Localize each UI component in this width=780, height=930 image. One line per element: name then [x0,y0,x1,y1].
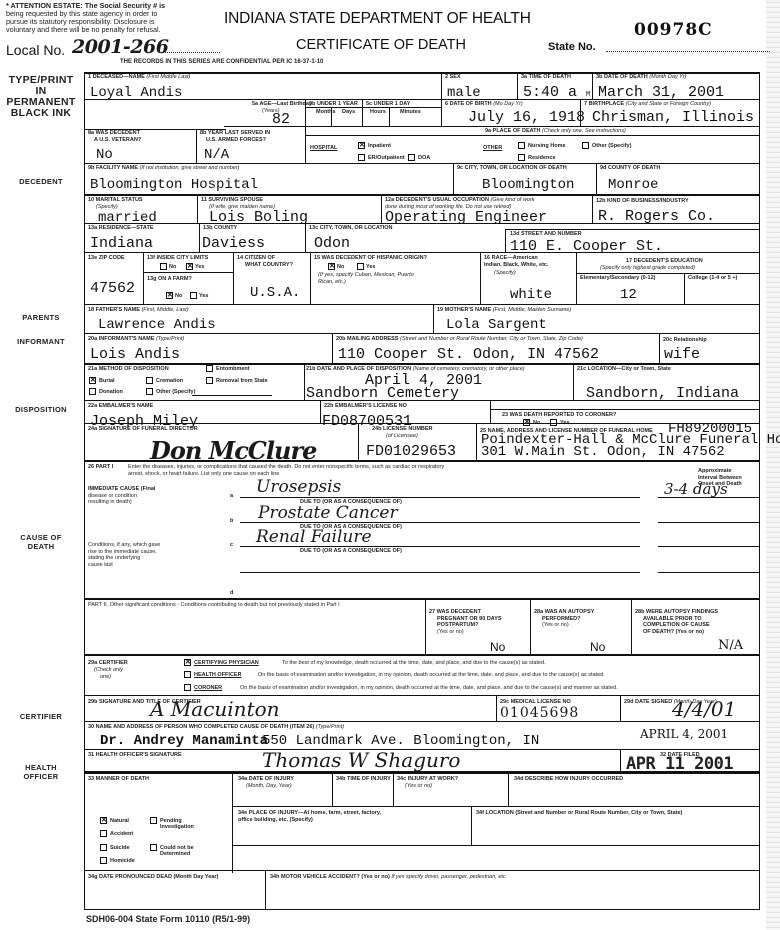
row-line [143,272,233,273]
field-21a-label: 21a METHOD OF DISPOSITION [88,366,169,373]
label-hint: (First, Middle, Maiden Surname) [493,307,572,313]
health-officer-signature: Thomas W Shaguro [262,748,460,772]
divider [389,107,390,126]
city-limits-no-label: No [169,264,176,270]
divider [332,773,333,806]
checkbox-coroner[interactable] [184,684,191,691]
section-decedent: DECEDENT [0,177,82,186]
doa-label: DOA [418,155,430,161]
form-number: SDH06-004 State Form 10110 (R5/1-99) [86,914,250,924]
divider [425,598,426,654]
divider [310,252,311,304]
conditions-label: Conditions, if any, which gave rise to t… [88,542,160,568]
interval-line-c [658,546,760,547]
label-line: WHAT COUNTRY? [237,262,293,269]
field-29a-label: 29a CERTIFIER [88,660,128,667]
field-30-label: 30 NAME AND ADDRESS OF PERSON WHO COMPLE… [88,724,344,731]
row-line [84,654,760,656]
checkbox-residence[interactable] [518,154,525,161]
field-22a-label: 22a EMBALMER'S NAME [88,403,153,410]
divider [305,223,306,252]
label-line: 28b WERE AUTOPSY FINDINGS [635,609,718,616]
divider [490,400,491,423]
divider [505,229,506,252]
divider [471,806,472,845]
divider [592,196,593,223]
field-22b-label: 22b EMBALMER'S LICENSE NO [324,403,407,410]
other-label: OTHER [483,145,502,152]
section-label-line: CAUSE OF [0,533,82,542]
year-last-served-value[interactable]: N/A [204,148,229,163]
label-line: OF DEATH? (Yes or no) [635,629,718,636]
date-signed-value[interactable]: 4/4/01 [672,697,736,721]
divider [596,163,597,194]
divider [305,99,306,126]
field-13c-label: 13c CITY, TOWN, OR LOCATION [309,225,393,232]
label-text: 20a INFORMANT'S NAME [88,336,154,342]
checkbox-donation[interactable] [89,388,96,395]
immediate-cause-label: IMMEDIATE CAUSE (Final disease or condit… [88,486,155,506]
row-line [232,870,760,871]
label-line: 8a WAS DECEDENT [88,130,141,137]
checkbox-pending[interactable] [150,817,157,824]
label-text: 12a DECEDENT'S USUAL OCCUPATION [385,197,489,203]
label-text: 9a PLACE OF DEATH [485,128,541,134]
mother-name-value[interactable]: Lola Sargent [446,318,547,333]
disposition-location-value[interactable]: Sandborn, Indiana [586,386,739,401]
field-28b-label: 28b WERE AUTOPSY FINDINGS AVAILABLE PRIO… [635,609,718,635]
divider [143,252,144,304]
college-label: College (1-4 or 5 +) [688,275,737,282]
section-label-line: BLACK INK [0,108,82,119]
label-line: Conditions, if any, which gave [88,542,160,549]
checkbox-hispanic-yes[interactable] [357,263,364,270]
divider [332,333,333,363]
part2-label: PART II. Other significant conditions - … [88,602,340,609]
pending-label: Pending Investigation [160,818,190,830]
relationship-value[interactable]: wife [664,347,700,362]
elementary-label: Elementary/Secondary (0-12) [580,275,656,282]
pregnant-value[interactable]: No [490,640,505,654]
row-line [84,223,760,224]
attention-line: voluntary and there will be no penalty f… [6,26,221,34]
field-20c-label: 20c Relationship [663,337,707,344]
father-name-value[interactable]: Lawrence Andis [98,318,216,333]
field-1-label: 1 DECEASED—NAME (First Middle Last) [88,74,190,81]
field-5a-label: 5a AGE—Last Birthday [252,101,312,108]
field-34c-label: 34c INJURY AT WORK?(Yes or no) [397,776,458,789]
facility-name-value[interactable]: Bloomington Hospital [90,178,258,193]
divider [573,363,574,400]
hispanic-yes-label: Yes [366,264,375,270]
checkbox-city-limits-no[interactable] [160,263,167,270]
checkbox-natural[interactable] [100,817,107,824]
field-16-hint: (Specify) [494,270,516,277]
scan-edge-texture [766,0,780,930]
field-13g-label: 13g ON A FARM? [147,276,192,283]
field-9b-label: 9b FACILITY NAME (If not institution, gi… [88,165,240,172]
checkbox-certifying-physician[interactable] [184,659,191,666]
label-hint: (Mo Day Yr) [493,101,523,107]
divider [381,196,382,223]
label-line: (Check only [94,667,123,674]
interval-line-d [658,572,760,573]
cause-c-value[interactable]: Renal Failure [256,527,372,547]
label-hint: (City and State or Foreign Country) [626,101,712,107]
hospital-label: HOSPITAL [310,145,337,152]
divider [576,252,577,304]
label-line: COMPLETION OF CAUSE [635,622,718,629]
date-typed-value[interactable]: APRIL 4, 2001 [640,727,728,741]
field-10-label: 10 MARITAL STATUS(Specify) [88,197,143,210]
nursing-home-label: Nursing Home [528,143,566,149]
divider [441,99,442,126]
race-value[interactable]: white [510,288,552,303]
field-34a-label: 34a DATE OF INJURY(Month, Day, Year) [238,776,294,789]
label-text: 20b MAILING ADDRESS [336,336,398,342]
funeral-home-address-value[interactable]: 301 W.Main St. Odon, IN 47562 [481,445,725,460]
divider [320,400,321,423]
row-line [84,423,760,424]
row-line [305,135,760,136]
row-line [84,771,760,774]
checkbox-doa[interactable] [408,154,415,161]
label-hint: (Type/Print) [156,336,184,342]
city-limits-yes-label: Yes [195,264,204,270]
residence-county-value[interactable]: Daviess [202,236,265,251]
field-29a-hint: (Check only one) [94,667,123,680]
checkbox-other-specify[interactable] [582,142,589,149]
checkbox-accident[interactable] [100,830,107,837]
label-hint: (If not institution, give street and num… [140,165,240,171]
label-line: one) [94,674,123,681]
field-13f-label: 13f INSIDE CITY LIMITS [147,255,208,262]
divider [530,598,531,654]
field-20a-label: 20a INFORMANT'S NAME (Type/Print) [88,336,184,343]
field-5b-days: Days [342,109,355,116]
homicide-label: Homicide [110,858,135,864]
residence-label: Residence [528,155,556,161]
label-hint: (Check only one. See instructions) [542,128,626,134]
field-8a-label: 8a WAS DECEDENT A U.S. VETERAN? [88,130,141,143]
field-5b-months: Months [316,109,336,116]
field-34f-label: 34f LOCATION (Street and Number or Rural… [476,810,682,817]
cause-a-value[interactable]: Urosepsis [256,477,341,497]
field-12b-label: 12b KIND OF BUSINESS/INDUSTRY [596,198,689,205]
local-no-label: Local No. [6,42,65,58]
checkbox-homicide[interactable] [100,857,107,864]
label-hint: (Street and Number or Rural Route Number… [400,336,583,342]
field-3a-label: 3a TIME OF DEATH [521,74,571,81]
field-5c-minutes: Minutes [400,109,421,116]
label-hint: (First, Middle, Last) [141,307,188,313]
divider [620,695,621,721]
label-hint: (Specify) [88,204,118,210]
confidential-note: THE RECORDS IN THIS SERIES ARE CONFIDENT… [120,59,323,65]
cremation-label: Cremation [156,378,183,384]
field-33-label: 33 MANNER OF DEATH [88,776,149,783]
label-line: cause last [88,562,160,569]
state-no-dots [606,51,770,52]
er-outpatient-label: ER/Outpatient [368,155,405,161]
local-no-dots [160,52,220,53]
divider [631,598,632,654]
checkbox-farm-yes[interactable] [190,292,197,299]
computer-address-value[interactable]: 550 Landmark Ave. Bloomington, IN [262,734,539,749]
autopsy-findings-value[interactable]: N/A [718,638,743,653]
row-line [84,163,760,164]
divider [508,773,509,806]
row-line [232,845,760,846]
divider [580,99,581,126]
checkbox-cremation[interactable] [146,377,153,384]
label-hint: (Month, Day, Year) [238,783,292,789]
divider [197,196,198,223]
part1-instructions-1: Enter the diseases, injuries, or complic… [128,464,444,471]
field-5c-hours: Hours [370,109,386,116]
field-26-label: 26 PART I [88,464,113,471]
inpatient-label: Inpatient [368,143,391,149]
divider [199,223,200,252]
date-of-birth-value[interactable]: July 16, 1918 [468,110,585,125]
certifying-physician-label: CERTIFYING PHYSICIAN [194,660,259,666]
interval-line-a [658,497,760,498]
county-of-death-value[interactable]: Monroe [608,178,658,193]
checkbox-other-disposition[interactable] [146,388,153,395]
informant-name-value[interactable]: Lois Andis [90,347,180,362]
cause-line-d [240,572,640,573]
section-type-print: TYPE/PRINT IN PERMANENT BLACK INK [0,75,82,119]
divider [480,252,481,304]
row-line [490,409,760,410]
checkbox-suicide[interactable] [100,844,107,851]
label-text: 30 NAME AND ADDRESS OF PERSON WHO COMPLE… [88,724,314,730]
label-line: IMMEDIATE CAUSE (Final [88,486,155,493]
section-informant: INFORMANT [0,337,82,346]
label-text: 34a DATE OF INJURY [238,776,294,783]
label-text: 34c INJURY AT WORK? [397,776,458,783]
divider [659,333,660,363]
field-9c-label: 9c CITY, TOWN, OR LOCATION OF DEATH [457,165,567,172]
cause-letter-d: d [230,590,233,596]
field-34g-label: 34g DATE PRONOUNCED DEAD (Month Day Year… [88,874,218,881]
divider [441,73,442,99]
coroner-label: CORONER [194,685,222,691]
field-34b-label: 34b TIME OF INJURY [336,776,391,783]
health-officer-text: On the basis of examination and/or inves… [258,672,605,678]
accident-label: Accident [110,831,133,837]
field-9a-label: 9a PLACE OF DEATH (Check only one. See i… [485,128,626,135]
city-of-death-value[interactable]: Bloomington [482,178,574,193]
divider [476,423,477,460]
cause-letter-c: c [230,542,233,548]
label-text: 9b FACILITY NAME [88,165,138,171]
field-20b-label: 20b MAILING ADDRESS (Street and Number o… [336,336,583,343]
natural-label: Natural [110,818,129,824]
serial-number: 00978C [634,20,713,40]
section-disposition: DISPOSITION [0,405,82,414]
divider [362,99,363,126]
specify-line [192,395,272,396]
field-13b-label: 13b COUNTY [203,225,237,232]
field-13a-label: 13a RESIDENCE—STATE [88,225,154,232]
section-label-line: HEALTH [0,763,82,772]
cause-line-b [240,522,640,523]
field-23-label: 23 WAS DEATH REPORTED TO CORONER? [502,412,616,419]
divider [393,773,394,806]
state-no-label: State No. [548,41,596,53]
checkbox-removal[interactable] [206,377,213,384]
field-34e-label: 34e PLACE OF INJURY—At home, farm, stree… [238,810,388,823]
date-of-death-value[interactable]: March 31, 2001 [598,85,724,100]
divider [196,129,197,163]
attention-notice: * ATTENTION ESTATE: The Social Security … [6,2,221,34]
field-21c-label: 21c LOCATION—City or Town, State [577,366,671,373]
field-24b-label: 24b LICENSE NUMBER [372,426,433,433]
undetermined-label: Could not be Determined [160,845,194,857]
row-line [505,229,760,230]
checkbox-nursing-home[interactable] [518,142,525,149]
divider [265,870,266,910]
label-text: 18 FATHER'S NAME [88,307,140,313]
birthplace-value[interactable]: Chrisman, Illinois [592,110,754,125]
label-line: resulting in death) [88,499,155,506]
divider [684,273,685,304]
field-17-label: 17 DECEDENT'S EDUCATION [626,258,703,265]
cause-line-a [240,497,640,498]
row-line [84,363,760,365]
farm-no-label: No [175,293,182,299]
disposition-place-value[interactable]: Sandborn Cemetery [306,386,459,401]
section-certifier: CERTIFIER [0,712,82,721]
section-cause-of-death: CAUSE OF DEATH [0,533,82,551]
row-line [84,99,760,100]
removal-label: Removal from State [216,378,268,384]
checkbox-er-outpatient[interactable] [358,154,365,161]
field-13e-label: 13e ZIP CODE [88,255,125,262]
label-line: (Yes or no) [534,622,594,629]
farm-yes-label: Yes [199,293,208,299]
field-16-label: 16 RACE—American Indian, Black, White, e… [484,255,554,268]
field-34d-label: 34d DESCRIBE HOW INJURY OCCURRED [514,776,623,783]
autopsy-value[interactable]: No [590,640,605,654]
time-suffix: M [586,91,590,99]
zip-code-value[interactable]: 47562 [90,281,135,296]
checkbox-farm-no[interactable] [166,292,173,299]
label-text: 19 MOTHER'S NAME [437,307,491,313]
age-value[interactable]: 82 [272,112,290,127]
medical-license-value[interactable]: 01045698 [500,705,579,721]
label-text: 7 BIRTHPLACE [584,101,624,107]
label-text: 3b DATE OF DEATH [596,74,648,80]
residence-state-value[interactable]: Indiana [90,236,153,251]
local-no-value: 2001-266 [72,36,168,58]
section-parents: PARENTS [0,313,82,322]
field-15-hint: (If yes, specify Cuban, Mexican, Puerto … [318,272,428,285]
checkbox-city-limits-yes[interactable] [186,263,193,270]
label-text: 29d DATE SIGNED [624,699,672,705]
label-text: 10 MARITAL STATUS [88,197,143,204]
row-line [232,806,760,807]
field-31-label: 31 HEALTH OFFICER'S SIGNATURE [88,752,182,759]
cause-b-value[interactable]: Prostate Cancer [258,503,398,523]
checkbox-hispanic-no[interactable] [328,263,335,270]
divider [305,126,306,163]
row-line [84,460,760,462]
field-7-label: 7 BIRTHPLACE (City and State or Foreign … [584,101,711,108]
divider [331,107,332,126]
checkbox-undetermined[interactable] [150,844,157,851]
row-line [84,695,760,696]
label-line: U.S. ARMED FORCES? [200,137,270,144]
field-27-label: 27 WAS DECEDENT PREGNANT OR 90 DAYS POST… [429,609,502,635]
interval-a-value[interactable]: 3-4 days [664,480,728,498]
label-line: A U.S. VETERAN? [88,137,141,144]
field-6-label: 6 DATE OF BIRTH (Mo Day Yr) [445,101,523,108]
divider [233,252,234,304]
informant-address-value[interactable]: 110 Cooper St. Odon, IN 47562 [338,347,599,362]
field-14-label: 14 CITIZEN OF WHAT COUNTRY? [237,255,293,268]
education-value[interactable]: 12 [620,288,637,303]
row-line [84,304,760,305]
divider [232,773,233,873]
label-text: 34h MOTOR VEHICLE ACCIDENT? (Yes or no) [270,874,390,880]
certifying-physician-text: To the best of my knowledge, death occur… [282,660,546,666]
field-9d-label: 9d COUNTY OF DEATH [600,165,660,172]
checkbox-entombment[interactable] [206,365,213,372]
row-line [84,400,760,401]
funeral-director-license-value[interactable]: FD01029653 [366,444,456,459]
row-line [84,721,760,722]
burial-label: Burial [99,378,115,384]
section-health-officer: HEALTH OFFICER [0,763,82,781]
residence-city-value[interactable]: Odon [314,236,350,251]
certifier-signature: A Macuinton [150,697,280,721]
other-disposition-label: Other (Specify) [156,389,195,395]
field-28a-label: 28a WAS AN AUTOPSY PERFORMED? (Yes or no… [534,609,594,629]
checkbox-health-officer[interactable] [184,671,191,678]
label-hint: (First Middle Last) [146,74,190,80]
cause-letter-b: b [230,518,233,524]
business-value[interactable]: R. Rogers Co. [598,209,715,224]
computer-name-value[interactable]: Dr. Andrey Manaminta [100,734,268,749]
field-3b-label: 3b DATE OF DEATH (Month Day Yr) [596,74,686,81]
label-hint: (Type/Print) [316,724,344,730]
citizenship-value[interactable]: U.S.A. [250,286,300,301]
veteran-value[interactable]: No [96,148,113,163]
cause-line-c [240,546,640,547]
divider [496,695,497,721]
section-label-line: DEATH [0,542,82,551]
row-line [84,194,760,196]
label-text: 11 SURVIVING SPOUSE [201,197,275,204]
label-hint: (Yes or no) [397,783,432,789]
due-to-label: DUE TO (OR AS A CONSEQUENCE OF) [300,548,402,555]
field-8b-label: 8b YEAR LAST SERVED IN U.S. ARMED FORCES… [200,130,270,143]
checkbox-burial[interactable] [89,377,96,384]
section-label-line: OFFICER [0,772,82,781]
form-title: CERTIFICATE OF DEATH [296,37,466,53]
row-line [84,870,232,871]
donation-label: Donation [99,389,123,395]
row-line [576,273,760,274]
row-line [84,598,760,600]
entombment-label: Entombment [216,366,250,372]
divider [592,73,593,99]
checkbox-inpatient[interactable] [358,142,365,149]
label-text: 1 DECEASED—NAME [88,74,145,80]
label-line: (Yes or no) [429,629,502,636]
